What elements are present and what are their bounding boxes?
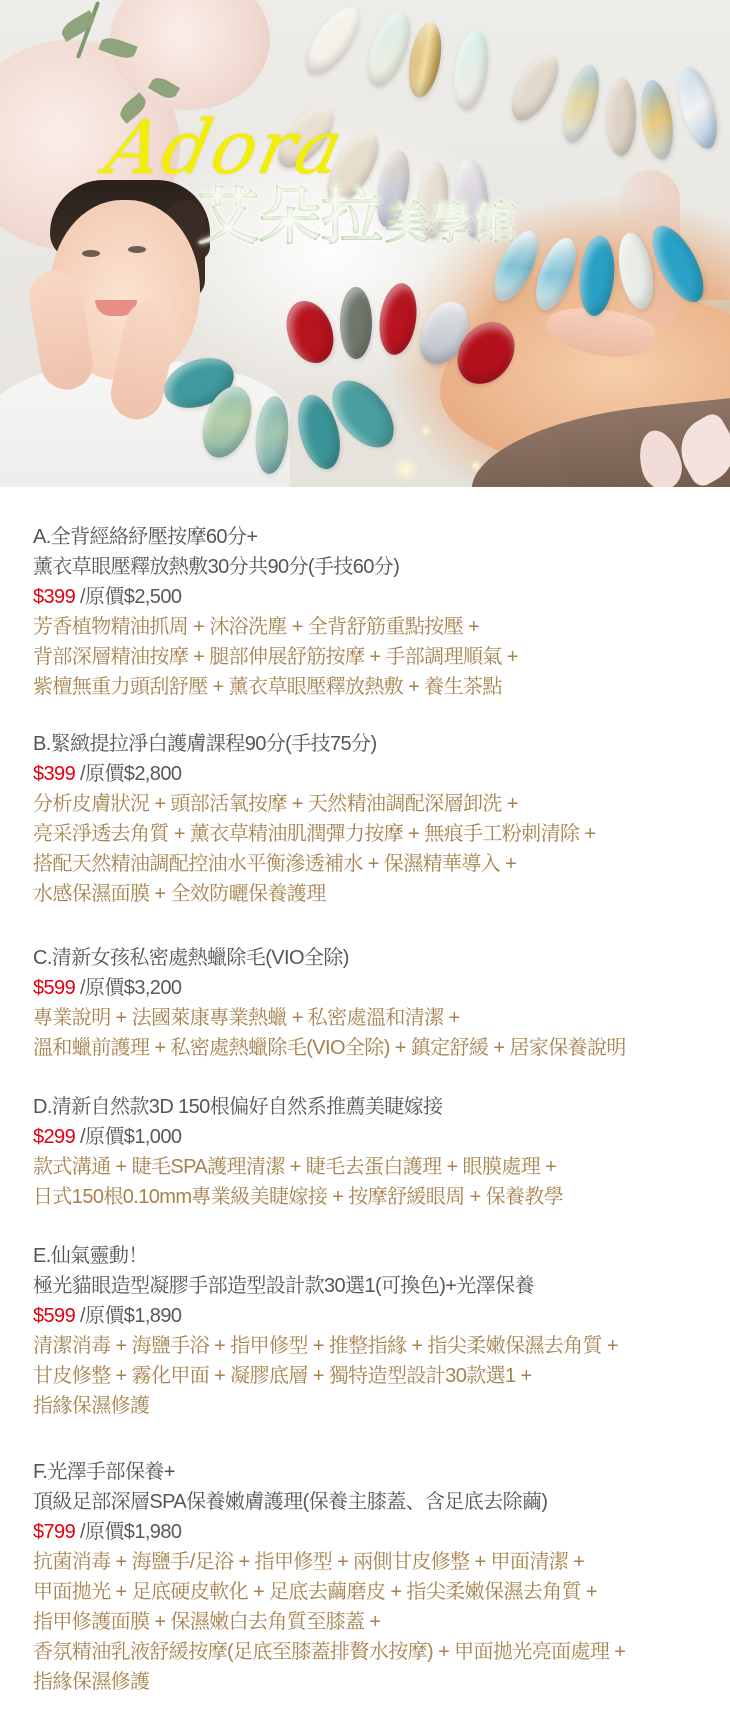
sparkle-decoration <box>392 455 420 483</box>
original-price: /原價$1,000 <box>75 1126 181 1148</box>
package-price: $399 /原價$2,800 <box>33 759 181 789</box>
package-title: F.光澤手部保養+ <box>33 1457 175 1487</box>
package-description: 指緣保濕修護 <box>33 1391 149 1421</box>
package-description: 溫和蠟前護理 + 私密處熱蠟除毛(VIO全除) + 鎮定舒緩 + 居家保養說明 <box>33 1033 626 1063</box>
package-title: 頂級足部深層SPA保養嫩膚護理(保養主膝蓋、含足底去除繭) <box>33 1487 547 1517</box>
sale-price: $299 <box>33 1126 75 1148</box>
leaf-decoration <box>58 10 97 42</box>
package-description: 指甲修護面膜 + 保濕嫩白去角質至膝蓋 + <box>33 1607 380 1637</box>
package-description: 亮采淨透去角質 + 薰衣草精油肌潤彈力按摩 + 無痕手工粉刺清除 + <box>33 819 595 849</box>
package-title: B.緊緻提拉淨白護膚課程90分(手技75分) <box>33 729 377 759</box>
woman-eye <box>128 246 146 253</box>
brand-title: 艾朵拉 美學館 <box>197 182 517 252</box>
brand-title-main: 艾朵拉 <box>197 182 383 252</box>
original-price: /原價$2,500 <box>75 586 181 608</box>
sparkle-decoration <box>470 460 482 472</box>
package-title: 極光貓眼造型凝膠手部造型設計款30選1(可換色)+光澤保養 <box>33 1271 534 1301</box>
package-description: 芳香植物精油抓周 + 沐浴洗塵 + 全背舒筋重點按壓 + <box>33 612 479 642</box>
nail-sample-marble <box>672 63 725 152</box>
package-price: $599 /原價$3,200 <box>33 973 181 1003</box>
hero-banner: Adora 艾朵拉 美學館 <box>0 0 730 487</box>
sale-price: $599 <box>33 1305 75 1327</box>
nail-sample-marble <box>637 78 678 161</box>
package-title: 薰衣草眼壓釋放熱敷30分共90分(手技60分) <box>33 552 399 582</box>
package-description: 甘皮修整 + 霧化甲面 + 凝膠底層 + 獨特造型設計30款選1 + <box>33 1361 532 1391</box>
nail-sample-nude <box>503 46 568 127</box>
nail-sample-pearl <box>450 28 493 112</box>
package-description: 指緣保濕修護 <box>33 1667 149 1697</box>
sale-price: $399 <box>33 763 75 785</box>
brand-script-title: Adora <box>99 105 352 191</box>
package-description: 香氛精油乳液舒緩按摩(足底至膝蓋排贅水按摩) + 甲面拋光亮面處理 + <box>33 1637 625 1667</box>
nail-sample-nude <box>606 78 636 156</box>
brand-title-sub: 美學館 <box>385 196 517 252</box>
nail-sample-red-gold <box>278 294 341 369</box>
package-description: 背部深層精油按摩 + 腿部伸展舒筋按摩 + 手部調理順氣 + <box>33 642 518 672</box>
original-price: /原價$1,980 <box>75 1521 181 1543</box>
package-description: 紫檀無重力頭刮舒壓 + 薰衣草眼壓釋放熱敷 + 養生茶點 <box>33 672 502 702</box>
package-description: 款式溝通 + 睫毛SPA護理清潔 + 睫毛去蛋白護理 + 眼膜處理 + <box>33 1152 556 1182</box>
original-price: /原價$3,200 <box>75 977 181 999</box>
package-description: 甲面拋光 + 足底硬皮軟化 + 足底去繭磨皮 + 指尖柔嫩保濕去角質 + <box>33 1577 597 1607</box>
package-description: 專業說明 + 法國萊康專業熱蠟 + 私密處溫和清潔 + <box>33 1003 460 1033</box>
package-title: A.全背經絡紓壓按摩60分+ <box>33 522 257 552</box>
package-price: $799 /原價$1,980 <box>33 1517 181 1547</box>
sale-price: $799 <box>33 1521 75 1543</box>
sale-price: $399 <box>33 586 75 608</box>
package-description: 搭配天然精油調配控油水平衡滲透補水 + 保濕精華導入 + <box>33 849 516 879</box>
package-description: 抗菌消毒 + 海鹽手/足浴 + 指甲修型 + 兩側甘皮修整 + 甲面清潔 + <box>33 1547 584 1577</box>
nail-sample-white <box>297 0 370 83</box>
package-title: D.清新自然款3D 150根偏好自然系推薦美睫嫁接 <box>33 1092 443 1122</box>
woman-eye <box>82 250 100 257</box>
promo-page: Adora 艾朵拉 美學館 A.全背經絡紓壓按摩60分+ 薰衣草眼壓釋放熱敷30… <box>0 0 730 1731</box>
nail-sample-marble <box>556 61 606 146</box>
original-price: /原價$1,890 <box>75 1305 181 1327</box>
package-price: $599 /原價$1,890 <box>33 1301 181 1331</box>
sparkle-decoration <box>420 425 432 437</box>
nail-sample-olive <box>340 287 372 359</box>
sale-price: $599 <box>33 977 75 999</box>
original-price: /原價$2,800 <box>75 763 181 785</box>
package-price: $399 /原價$2,500 <box>33 582 181 612</box>
package-description: 日式150根0.10mm專業級美睫嫁接 + 按摩舒緩眼周 + 保養教學 <box>33 1182 563 1212</box>
package-title: C.清新女孩私密處熱蠟除毛(VIO全除) <box>33 943 349 973</box>
package-description: 清潔消毒 + 海鹽手浴 + 指甲修型 + 推整指緣 + 指尖柔嫩保濕去角質 + <box>33 1331 618 1361</box>
package-price: $299 /原價$1,000 <box>33 1122 181 1152</box>
package-title: E.仙氣靈動！ <box>33 1241 148 1271</box>
package-description: 水感保濕面膜 + 全效防曬保養護理 <box>33 879 326 909</box>
package-description: 分析皮膚狀況 + 頭部活氧按摩 + 天然精油調配深層卸洗 + <box>33 789 518 819</box>
nail-sample-red-gold <box>375 281 421 357</box>
